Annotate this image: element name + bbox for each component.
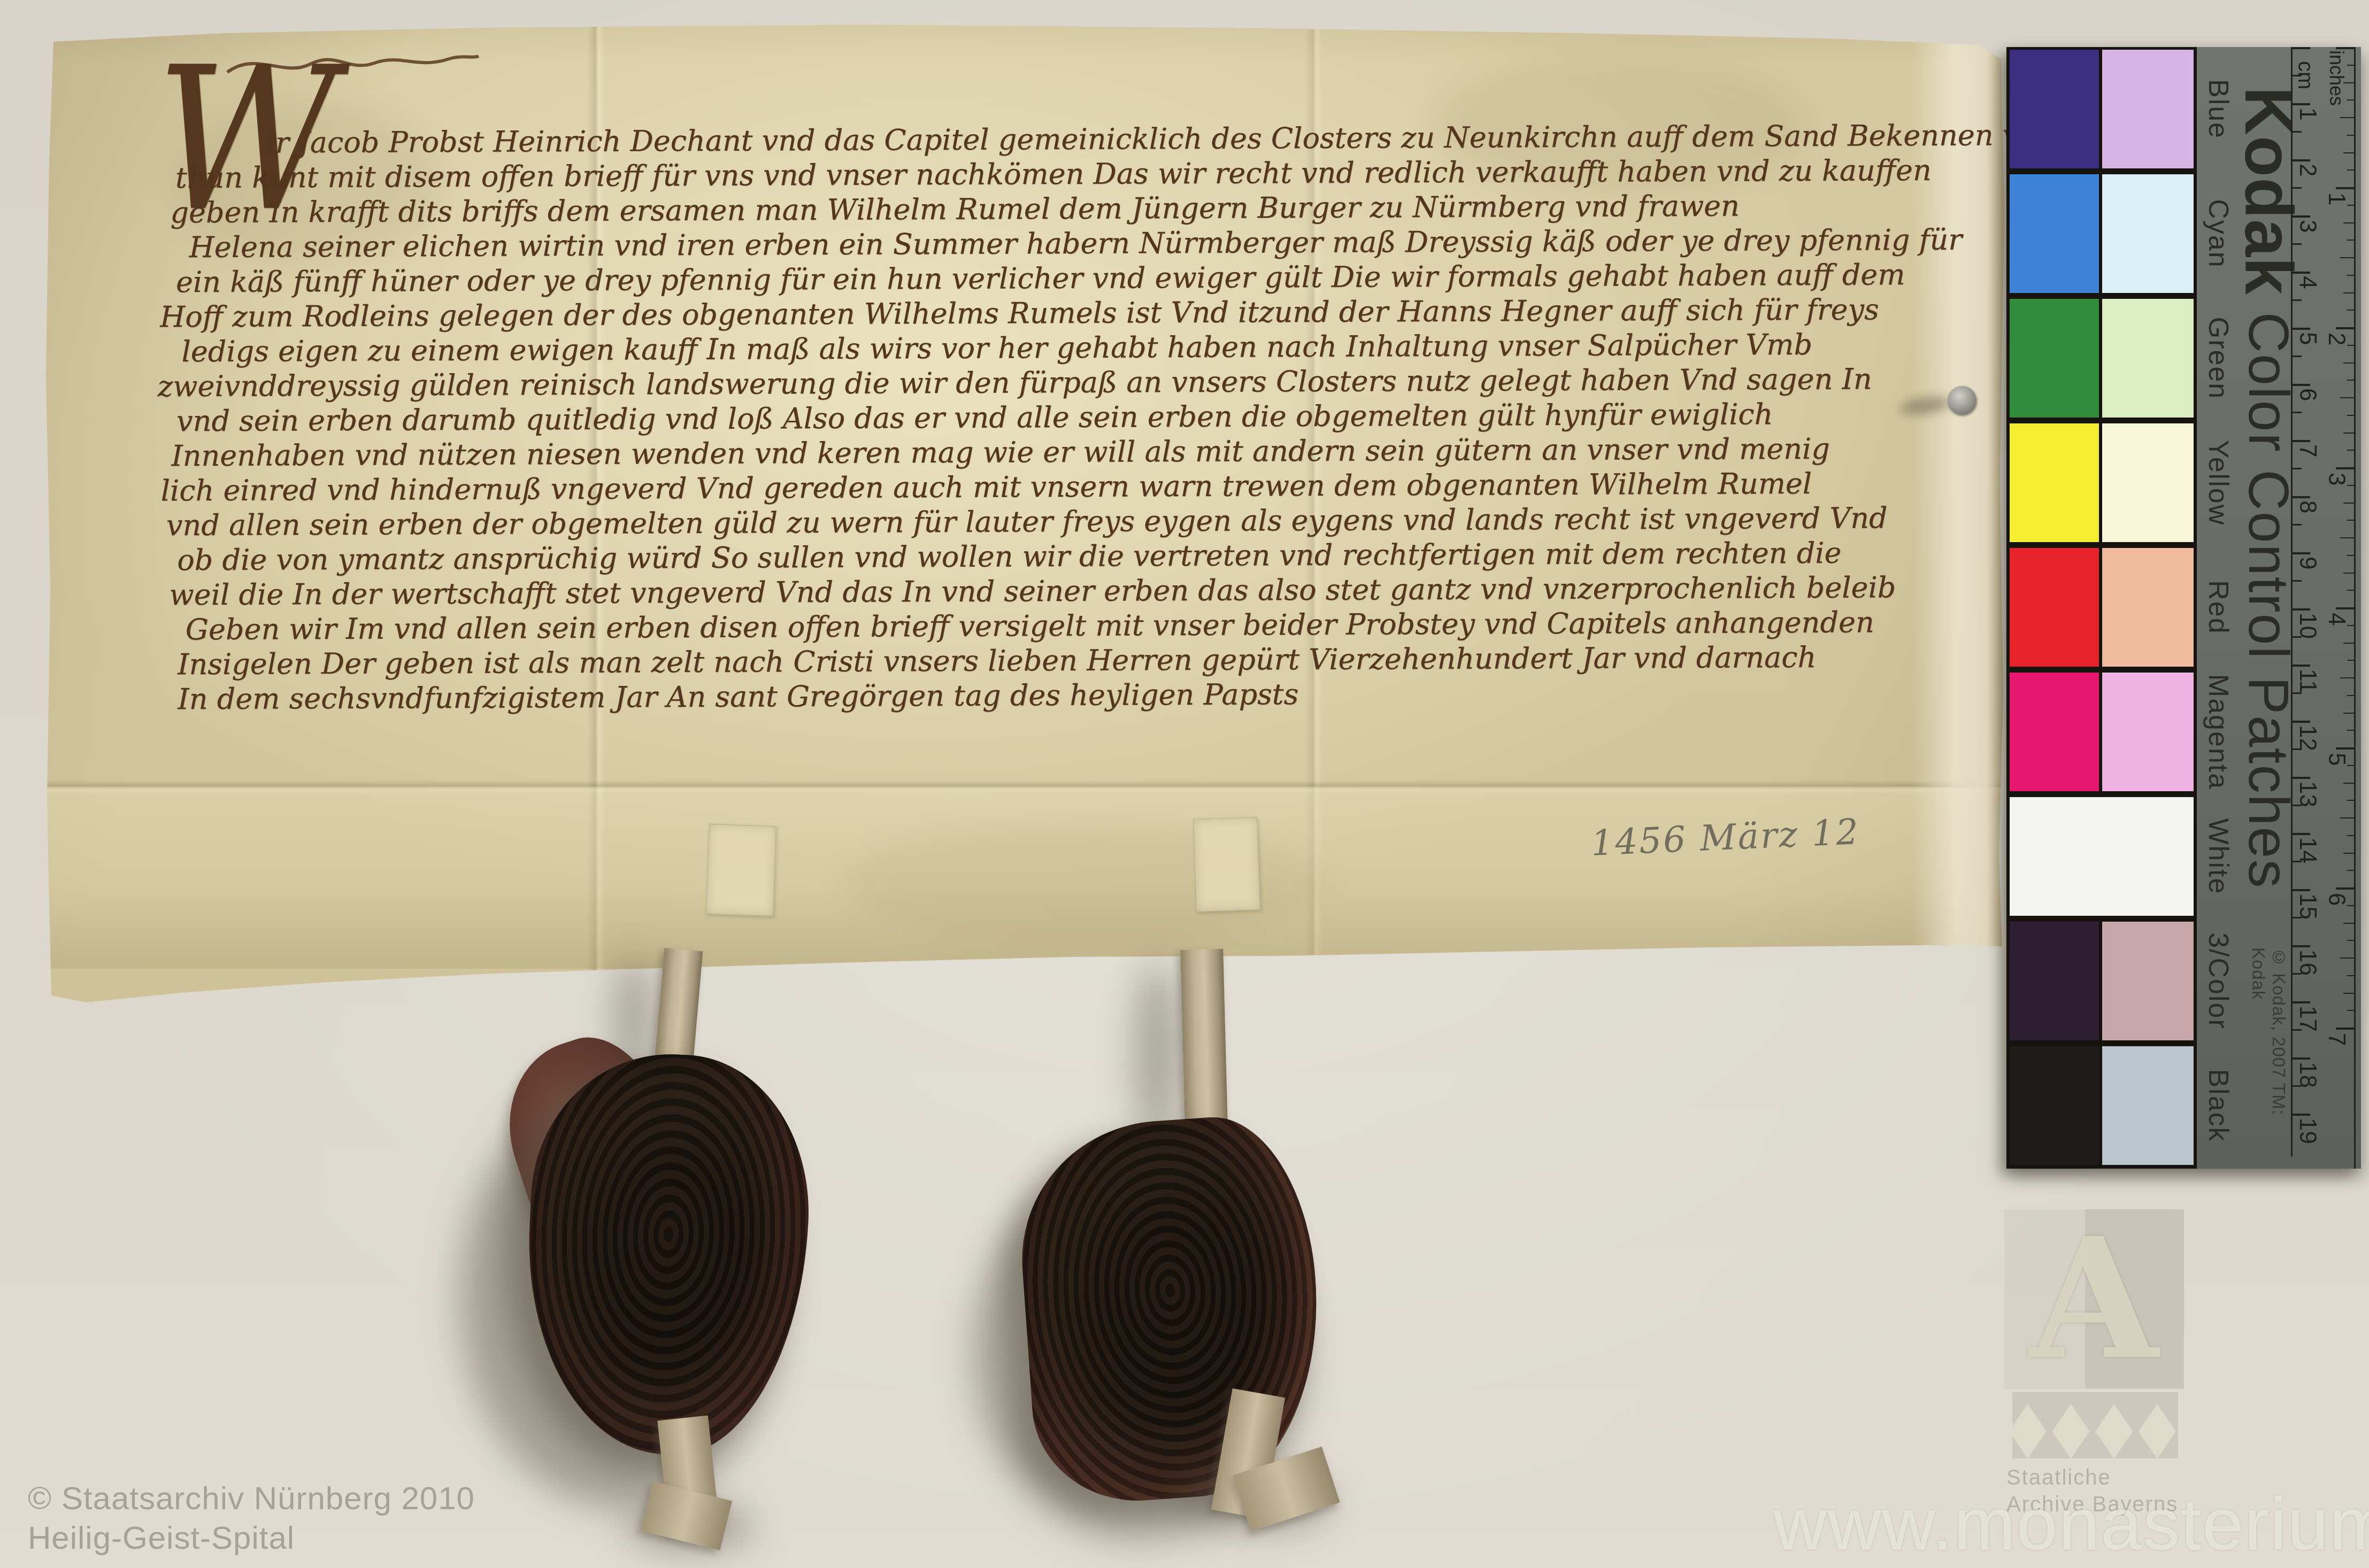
inch-unit-label: inches	[2325, 50, 2348, 106]
cm-number: 4	[2294, 276, 2321, 289]
cm-tick	[2291, 945, 2310, 947]
cm-tick	[2291, 103, 2310, 105]
cm-half-tick	[2291, 468, 2302, 469]
inch-minor-tick	[2343, 853, 2354, 854]
inch-minor-tick	[2347, 380, 2354, 381]
cm-half-tick	[2291, 412, 2302, 413]
inch-minor-tick	[2343, 573, 2354, 574]
inch-tick	[2336, 187, 2354, 189]
cm-tick	[2291, 47, 2310, 49]
inch-minor-tick	[2343, 783, 2354, 784]
inch-minor-tick	[2347, 660, 2354, 661]
inch-minor-tick	[2347, 135, 2354, 136]
inch-minor-tick	[2340, 537, 2354, 538]
inch-ruler-line	[2354, 47, 2356, 1169]
cm-number: 11	[2294, 669, 2321, 693]
cm-number: 5	[2294, 332, 2321, 345]
cm-half-tick	[2291, 75, 2302, 76]
cm-number: 18	[2294, 1062, 2321, 1088]
patch-label: Yellow	[2202, 440, 2234, 526]
inch-minor-tick	[2343, 222, 2354, 223]
inch-minor-tick	[2340, 257, 2354, 258]
inch-number: 5	[2323, 753, 2350, 766]
inch-minor-tick	[2347, 590, 2354, 591]
cm-tick	[2291, 440, 2310, 442]
logo-diamonds: ◆◆◆◆	[2009, 1384, 2182, 1466]
repair-tape	[1193, 817, 1260, 912]
patch-yellow-dark	[2010, 423, 2099, 542]
cm-half-tick	[2291, 299, 2302, 301]
cm-half-tick	[2291, 580, 2302, 582]
inch-number: 4	[2323, 613, 2350, 625]
inch-minor-tick	[2340, 677, 2354, 678]
inch-minor-tick	[2347, 240, 2354, 241]
inch-minor-tick	[2347, 520, 2354, 521]
inch-minor-tick	[2347, 415, 2354, 416]
cm-number: 19	[2294, 1118, 2321, 1144]
inch-minor-tick	[2343, 152, 2354, 153]
patch-label: Red	[2202, 580, 2234, 634]
inch-minor-tick	[2340, 397, 2354, 398]
inch-minor-tick	[2347, 555, 2354, 556]
logo-square: A	[2004, 1209, 2184, 1389]
patch-label: 3/Color	[2202, 932, 2234, 1030]
cm-tick	[2291, 159, 2310, 161]
inch-minor-tick	[2343, 923, 2354, 924]
fastening-pin	[1948, 386, 1976, 415]
inch-minor-tick	[2347, 835, 2354, 836]
patch-cyan-light	[2102, 174, 2194, 293]
logo-diamond-band: ◆◆◆◆	[2012, 1392, 2178, 1458]
cm-tick	[2291, 777, 2310, 779]
inch-number: 3	[2323, 473, 2350, 485]
patch-black-dark	[2010, 1046, 2099, 1165]
patch-green-dark	[2010, 299, 2099, 418]
patch-green-light	[2102, 299, 2194, 418]
staatsarchiv-watermark-line1: © Staatsarchiv Nürnberg 2010	[28, 1479, 475, 1518]
inch-minor-tick	[2340, 957, 2354, 959]
inch-number: 6	[2323, 893, 2350, 906]
patch-label: Black	[2202, 1069, 2234, 1142]
inch-minor-tick	[2347, 169, 2354, 171]
cm-tick	[2291, 384, 2310, 386]
patch-label: Magenta	[2202, 674, 2234, 790]
inch-minor-tick	[2343, 993, 2354, 994]
cm-tick	[2291, 1057, 2310, 1060]
inch-minor-tick	[2347, 310, 2354, 311]
cm-number: 15	[2294, 893, 2321, 920]
inch-minor-tick	[2347, 800, 2354, 801]
cm-number: 16	[2294, 949, 2321, 976]
inch-tick	[2336, 747, 2354, 750]
cm-number: 7	[2294, 444, 2321, 457]
inch-minor-tick	[2343, 292, 2354, 293]
patch-magenta-light	[2102, 673, 2194, 791]
inch-minor-tick	[2347, 975, 2354, 976]
logo-letter-a: A	[2004, 1209, 2184, 1389]
cm-tick	[2291, 328, 2310, 330]
inch-minor-tick	[2340, 817, 2354, 818]
patch-blue-dark	[2010, 50, 2099, 168]
cm-ruler-line	[2291, 47, 2293, 1156]
monasterium-watermark: www.monasterium.net	[1773, 1482, 2369, 1567]
inch-minor-tick	[2347, 940, 2354, 941]
scanned-charter-photo: W ir Jacob Probst Heinrich Dechant vnd d…	[0, 0, 2369, 1568]
cm-number: 3	[2294, 220, 2321, 233]
cm-tick	[2291, 833, 2310, 835]
patch-cyan-dark	[2010, 174, 2099, 293]
cm-tick	[2291, 889, 2310, 891]
inch-number: 7	[2323, 1033, 2350, 1046]
cm-number: 6	[2294, 388, 2321, 401]
patch-label: Blue	[2202, 79, 2234, 139]
tail-shadow	[1136, 962, 1179, 1144]
inch-minor-tick	[2347, 730, 2354, 731]
inch-tick	[2336, 1028, 2354, 1030]
staatsarchiv-watermark-line2: Heilig-Geist-Spital	[28, 1518, 475, 1558]
patch-magenta-dark	[2010, 673, 2099, 791]
patch-white	[2010, 797, 2194, 916]
patch-black-light	[2102, 1046, 2194, 1165]
patch-3-color-light	[2102, 922, 2194, 1040]
cm-number: 10	[2294, 613, 2321, 639]
kodak-copyright-text: © Kodak, 2007 TM: Kodak	[2248, 947, 2289, 1169]
patch-label: Cyan	[2202, 199, 2234, 268]
cm-tick	[2291, 215, 2310, 218]
charter-text: ir Jacob Probst Heinrich Dechant vnd das…	[154, 118, 1953, 717]
inch-tick	[2336, 607, 2354, 609]
cm-tick	[2291, 721, 2310, 723]
inch-minor-tick	[2343, 432, 2354, 434]
patch-blue-light	[2102, 50, 2194, 168]
inch-minor-tick	[2347, 870, 2354, 871]
cm-number: 1	[2294, 107, 2321, 120]
inch-minor-tick	[2343, 643, 2354, 644]
patch-3-color-dark	[2010, 922, 2099, 1040]
inch-tick	[2336, 467, 2354, 469]
inch-number: 2	[2323, 333, 2350, 345]
cm-number: 2	[2294, 164, 2321, 176]
patch-label: White	[2202, 818, 2234, 895]
cm-tick	[2291, 552, 2310, 554]
patch-red-dark	[2010, 548, 2099, 667]
inch-tick	[2336, 47, 2354, 49]
cm-number: 14	[2294, 837, 2321, 863]
cm-half-tick	[2291, 131, 2302, 133]
cm-half-tick	[2291, 243, 2302, 245]
staatsarchiv-watermark: © Staatsarchiv Nürnberg 2010 Heilig-Geis…	[28, 1479, 475, 1558]
patch-label: Green	[2202, 317, 2234, 400]
cm-tick	[2291, 1001, 2310, 1003]
wax-seal-right	[1013, 1111, 1330, 1508]
inch-minor-tick	[2347, 450, 2354, 451]
kodak-brand-text: Kodak Color Control Patches	[2230, 87, 2308, 889]
inch-minor-tick	[2347, 275, 2354, 276]
cm-tick	[2291, 272, 2310, 274]
cm-half-tick	[2291, 187, 2302, 189]
inch-minor-tick	[2343, 503, 2354, 504]
repair-tape	[706, 824, 776, 916]
inch-minor-tick	[2347, 695, 2354, 696]
inch-minor-tick	[2347, 99, 2354, 101]
cm-half-tick	[2291, 524, 2302, 526]
seal-relief-texture	[1013, 1111, 1330, 1508]
cm-tick	[2291, 1114, 2310, 1116]
inch-minor-tick	[2343, 713, 2354, 714]
cm-tick	[2291, 608, 2310, 611]
cm-number: 12	[2294, 725, 2321, 751]
inch-minor-tick	[2343, 362, 2354, 364]
color-bar-gray-strip: Kodak Color Control Patches © Kodak, 200…	[2197, 47, 2361, 1169]
inch-minor-tick	[2347, 1010, 2354, 1011]
cm-number: 17	[2294, 1006, 2321, 1032]
cm-tick	[2291, 496, 2310, 498]
kodak-color-control-bar: Kodak Color Control Patches © Kodak, 200…	[2006, 47, 2361, 1169]
color-patch-grid	[2006, 47, 2197, 1169]
cm-number: 8	[2294, 500, 2321, 513]
inch-tick	[2336, 887, 2354, 890]
inch-minor-tick	[2347, 65, 2354, 66]
inch-minor-tick	[2343, 82, 2354, 83]
inch-number: 1	[2323, 192, 2350, 205]
cm-half-tick	[2291, 356, 2302, 357]
cm-tick	[2291, 665, 2310, 667]
inch-tick	[2336, 327, 2354, 329]
cm-number: 9	[2294, 557, 2321, 569]
inch-minor-tick	[2340, 117, 2354, 118]
patch-red-light	[2102, 548, 2194, 667]
cm-number: 13	[2294, 781, 2321, 807]
patch-yellow-light	[2102, 423, 2194, 542]
